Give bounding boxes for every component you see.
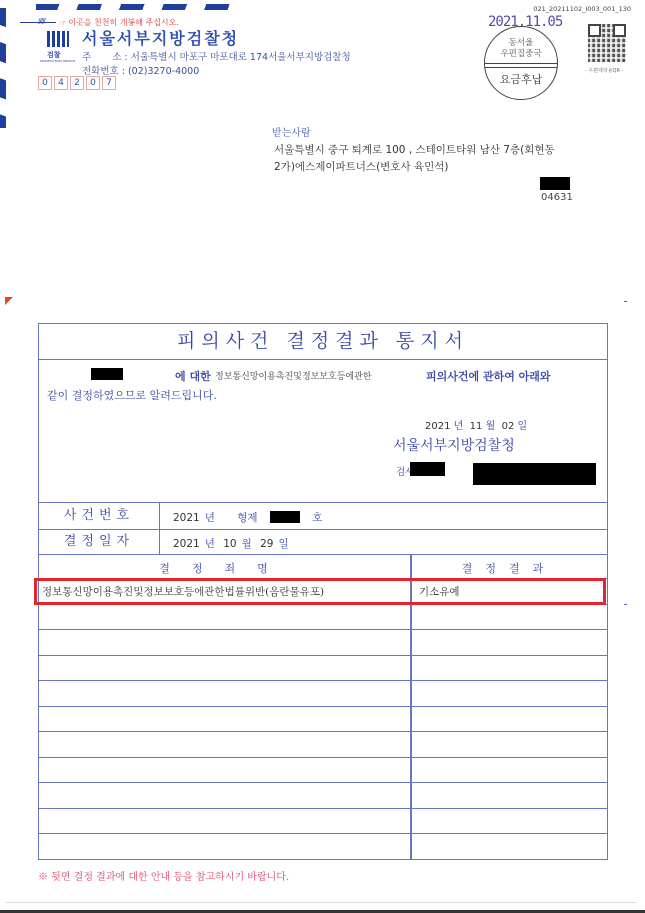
case-number-row: 사건번호 2021년 형제 호 [39, 502, 607, 530]
recipient-label: 받는사람 [272, 124, 311, 139]
recipient-address: 서울특별시 중구 퇴계로 100 , 스테이트타워 남산 7층(회현동 2가)에… [274, 142, 614, 176]
table-row [39, 833, 607, 860]
qr-label: - 우편제작용QR - [585, 67, 623, 74]
footnote: ※ 뒷면 결정 결과에 대한 안내 등을 참고하시기 바랍니다. [38, 868, 289, 883]
fold-mark-icon [5, 297, 13, 305]
prosecution-logo-icon [47, 31, 69, 47]
decision-date-value: 2021년 10월 29일 [173, 536, 294, 551]
redaction-seal [473, 463, 596, 485]
edge-mark [624, 604, 627, 605]
sender-tel: 전화번호 : (02)3270-4000 [82, 63, 199, 77]
table-row [39, 808, 607, 835]
header-charge: 결정죄명 [39, 560, 410, 576]
case-number-value: 2021년 형제 호 [173, 510, 327, 525]
postmark-office: 동서울우편집중국 [485, 38, 557, 60]
recipient-zip: 04631 [541, 192, 573, 203]
document-id: 021_20211102_I003_001_130 [533, 5, 631, 13]
sender-name: 서울서부지방검찰청 [82, 26, 239, 49]
highlight-box [34, 578, 606, 605]
pointing-hand-icon: ☞ [60, 19, 66, 27]
sender-address: 주 소 : 서울특별시 마포구 마포대로 174서울서부지방검찰청 [82, 49, 351, 63]
table-row [39, 706, 607, 733]
table-row [39, 680, 607, 707]
redaction-case-number [270, 511, 300, 523]
decision-date-label: 결정일자 [39, 530, 160, 555]
redaction-recipient-name [540, 177, 570, 190]
table-row [39, 782, 607, 809]
issuing-office: 서울서부지방검찰청 [393, 435, 515, 455]
edge-mark [624, 301, 627, 302]
logo-subtext: PROSECUTION SERVICE [40, 59, 75, 63]
qr-code-icon [588, 24, 626, 62]
table-row [39, 655, 607, 682]
issue-date: 2021 년 11 월 02 일 [425, 417, 527, 432]
decision-date-row: 결정일자 2021년 10월 29일 [39, 529, 607, 555]
table-header-row: 결정죄명 결정결과 [39, 554, 607, 579]
table-row [39, 629, 607, 656]
redaction-prosecutor-name [410, 462, 445, 476]
airmail-border-left [0, 8, 6, 128]
tear-hatch-icon: ///// [38, 17, 45, 25]
intro-line-2: 같이 결정하였으므로 알려드립니다. [47, 387, 217, 403]
sender-zip: 0 4 2 0 7 [38, 76, 116, 90]
airmail-border-top [36, 4, 236, 10]
case-number-label: 사건번호 [39, 503, 160, 530]
table-row [39, 731, 607, 758]
postmark-stamp: 동서울우편집중국 요금후납 [484, 26, 558, 100]
redaction-suspect-name [91, 368, 123, 380]
form-title: 피의사건 결정결과 통지서 [39, 324, 607, 360]
postmark-divider [485, 63, 557, 68]
postmark-fee: 요금후납 [485, 71, 557, 87]
header-result: 결정결과 [411, 560, 607, 576]
table-row [39, 757, 607, 784]
paper-edge [6, 902, 636, 903]
table-row [39, 604, 607, 631]
